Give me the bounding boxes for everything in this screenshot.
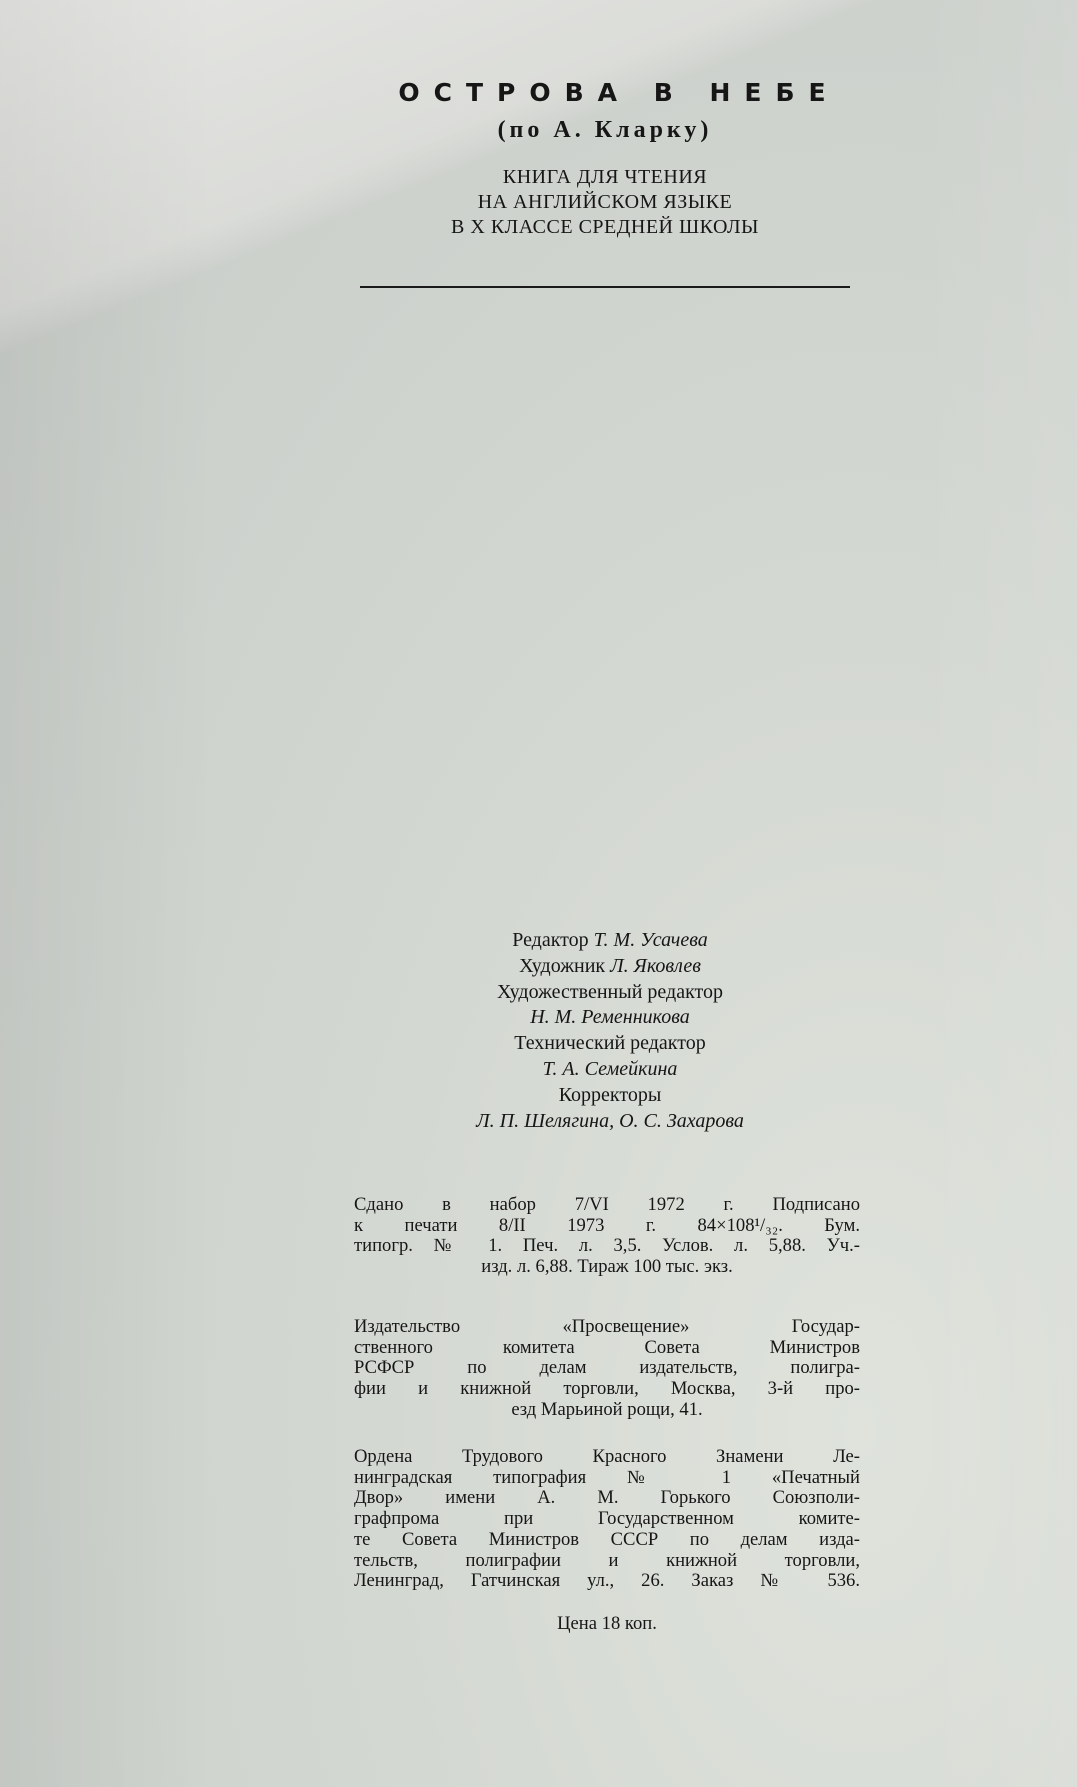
imprint-line: фии и книжной торговли, Москва, 3-й про- [354,1379,860,1400]
imprint-line: РСФСР по делам издательств, полигра- [354,1358,860,1379]
imprint-line: типогр. № 1. Печ. л. 3,5. Услов. л. 5,88… [354,1236,860,1257]
book-type-line: НА АНГЛИЙСКОМ ЯЗЫКЕ [360,190,850,215]
credit-role: Художественный редактор [497,981,723,1003]
credit-role: Художник [519,955,605,977]
imprint-line: изд. л. 6,88. Тираж 100 тыс. экз. [354,1257,860,1278]
imprint-line: Издательство «Просвещение» Государ- [354,1317,860,1338]
credit-line: Редактор Т. М. Усачева [380,928,840,954]
credit-line: Корректоры [380,1083,840,1109]
credit-line: Л. П. Шелягина, О. С. Захарова [380,1109,840,1135]
book-type-line: КНИГА ДЛЯ ЧТЕНИЯ [360,165,850,190]
book-title: ОСТРОВА В НЕБЕ [360,78,864,107]
credit-line: Художественный редактор [380,980,840,1006]
imprint-line: Сдано в набор 7/VI 1972 г. Подписано [354,1195,860,1216]
imprint-line: езд Марьиной рощи, 41. [354,1400,860,1421]
production-details: Сдано в набор 7/VI 1972 г. Подписано к п… [354,1195,860,1278]
credit-name: Т. А. Семейкина [543,1058,678,1080]
price: Цена 18 коп. [354,1613,860,1635]
credit-name: Л. П. Шелягина, О. С. Захарова [476,1110,744,1132]
imprint-line: Ордена Трудового Красного Знамени Ле- [354,1447,860,1468]
publisher-details: Издательство «Просвещение» Государ- стве… [354,1317,860,1421]
imprint-line: графпрома при Государственном комите- [354,1509,860,1530]
book-subtitle: (по А. Кларку) [360,117,850,144]
imprint-line: к печати 8/II 1973 г. 84×108¹/₃₂. Бум. [354,1216,860,1237]
credit-name: Л. Яковлев [610,955,701,977]
book-type-line: В X КЛАССЕ СРЕДНЕЙ ШКОЛЫ [360,215,850,240]
credit-role: Редактор [512,929,588,951]
credit-name: Т. М. Усачева [594,929,708,951]
credit-line: Т. А. Семейкина [380,1057,840,1083]
divider-rule [360,286,850,288]
credit-name: Н. М. Ременникова [530,1006,690,1028]
credit-line: Технический редактор [380,1031,840,1057]
imprint-line: те Совета Министров СССР по делам изда- [354,1530,860,1551]
imprint-line: Двор» имени А. М. Горького Союзполи- [354,1488,860,1509]
credit-role: Технический редактор [514,1032,706,1054]
book-type: КНИГА ДЛЯ ЧТЕНИЯ НА АНГЛИЙСКОМ ЯЗЫКЕ В X… [360,165,850,240]
imprint-line: нинградская типография № 1 «Печатный [354,1468,860,1489]
imprint-line: Ленинград, Гатчинская ул., 26. Заказ № 5… [354,1571,860,1592]
credit-role: Корректоры [559,1084,662,1106]
printer-details: Ордена Трудового Красного Знамени Ле- ни… [354,1447,860,1592]
credits: Редактор Т. М. Усачева Художник Л. Яковл… [380,928,840,1134]
imprint-line: тельств, полиграфии и книжной торговли, [354,1551,860,1572]
imprint-line: ственного комитета Совета Министров [354,1338,860,1359]
credit-line: Н. М. Ременникова [380,1005,840,1031]
credit-line: Художник Л. Яковлев [380,954,840,980]
